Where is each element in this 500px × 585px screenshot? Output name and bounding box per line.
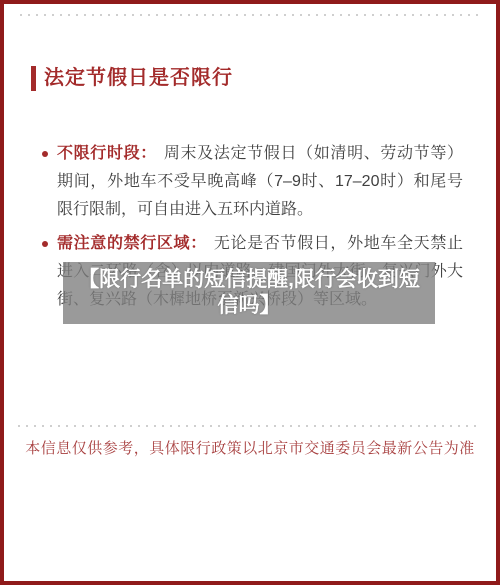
dotted-separator-bottom [18, 425, 482, 427]
watermark-text: 【限行名单的短信提醒,限行会收到短信吗】 [73, 267, 425, 319]
poster-frame: 法定节假日是否限行 不限行时段：周末及法定节假日（如清明、劳动节等）期间，外地车… [0, 0, 500, 585]
footer-disclaimer: 本信息仅供参考，具体限行政策以北京市交通委员会最新公告为准 [4, 437, 496, 458]
list-item: 不限行时段：周末及法定节假日（如清明、劳动节等）期间，外地车不受早晚高峰（7–9… [57, 140, 463, 224]
title-row: 法定节假日是否限行 [31, 66, 233, 91]
bullet-label: 不限行时段： [57, 145, 157, 162]
bullet-dot-icon [42, 241, 48, 247]
watermark-overlay: 【限行名单的短信提醒,限行会收到短信吗】 [63, 262, 435, 324]
bullet-label: 需注意的禁行区域： [57, 235, 207, 252]
dotted-separator-top [20, 14, 480, 16]
bullet-dot-icon [42, 151, 48, 157]
title-accent-bar [31, 66, 36, 91]
page-title: 法定节假日是否限行 [44, 66, 233, 91]
